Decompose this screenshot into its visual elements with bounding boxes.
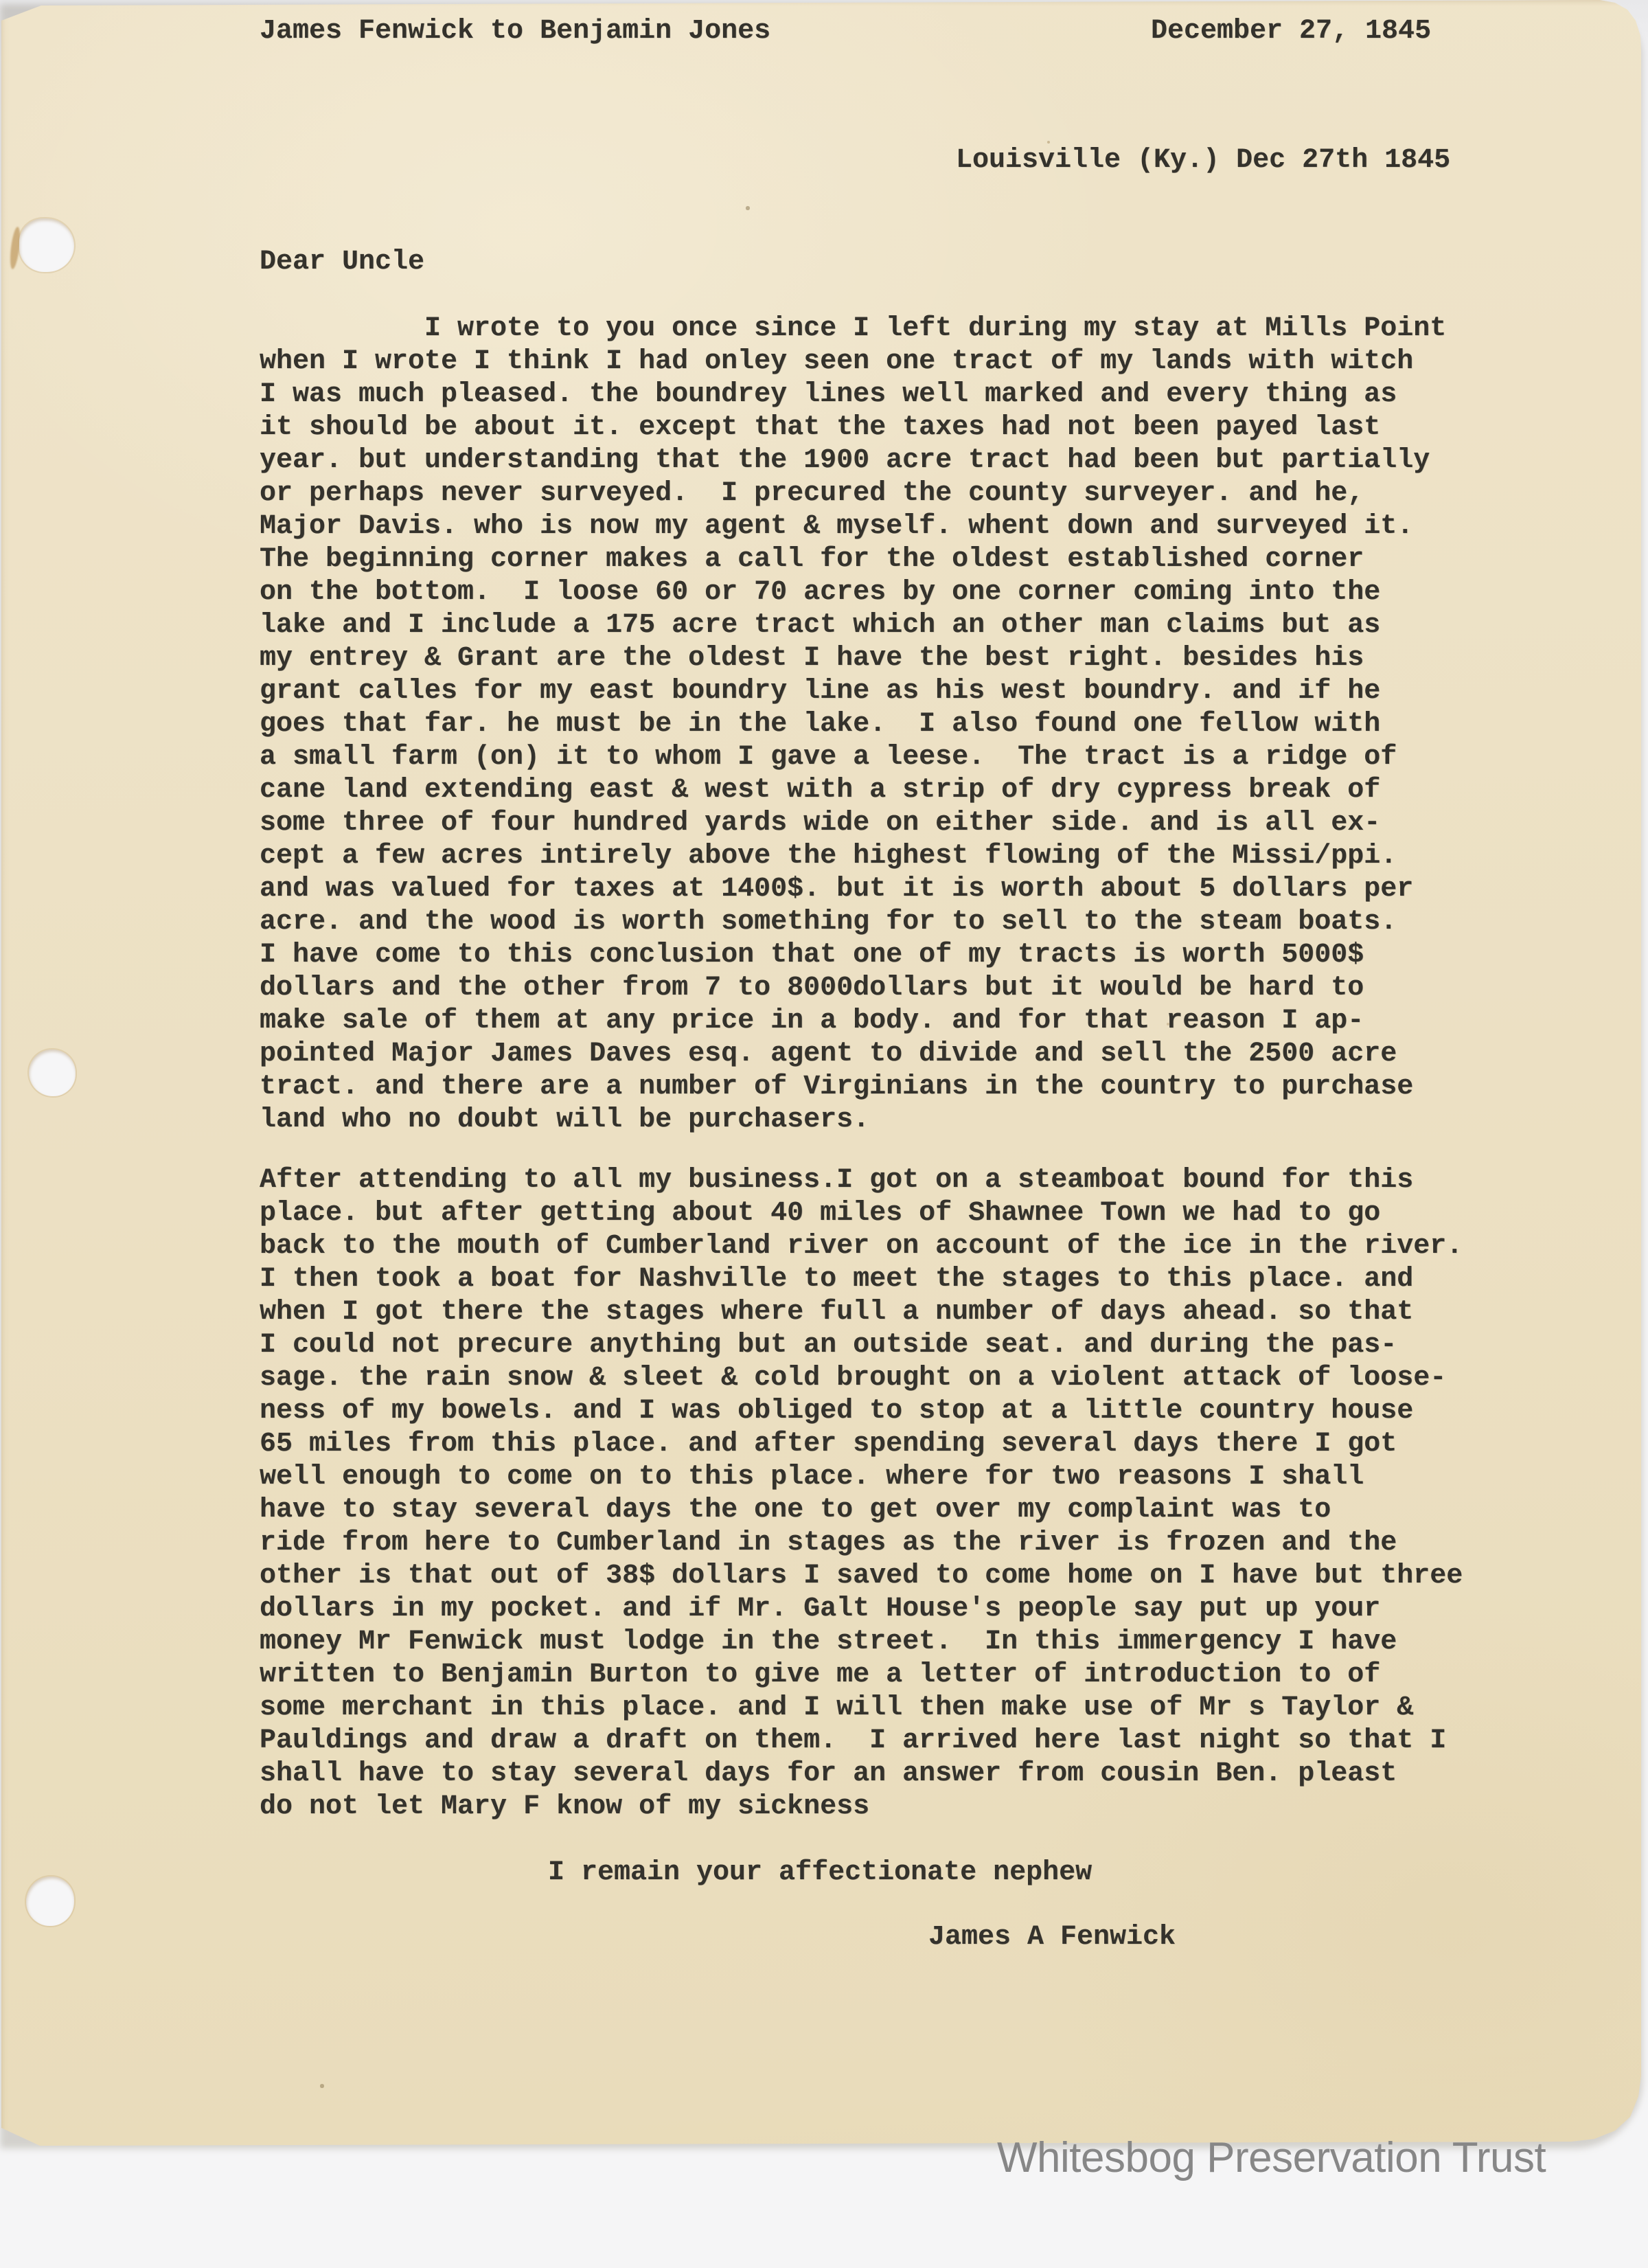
letter-paragraph-1: I wrote to you once since I left during … bbox=[260, 313, 1446, 1137]
punch-hole-middle bbox=[29, 1050, 76, 1096]
scanned-letter-page: { "meta": { "colors": { "paper": "#ece0c… bbox=[0, 0, 1648, 2268]
letter-paragraph-2: After attending to all my business.I got… bbox=[260, 1164, 1463, 1824]
foxing-specks bbox=[0, 0, 1, 1]
archive-caption-names: James Fenwick to Benjamin Jones bbox=[260, 15, 770, 48]
letter-signature: James A Fenwick bbox=[928, 1921, 1176, 1954]
letter-dateline: Louisville (Ky.) Dec 27th 1845 bbox=[956, 144, 1450, 177]
letter-salutation: Dear Uncle bbox=[260, 246, 424, 279]
letter-closing: I remain your affectionate nephew bbox=[548, 1857, 1092, 1890]
letter-paper: James Fenwick to Benjamin Jones December… bbox=[0, 0, 1648, 2268]
archive-caption-date: December 27, 1845 bbox=[1151, 15, 1431, 48]
watermark-text: Whitesbog Preservation Trust bbox=[997, 2133, 1546, 2183]
punch-hole-top bbox=[19, 218, 74, 272]
punch-hole-bottom bbox=[26, 1876, 74, 1926]
